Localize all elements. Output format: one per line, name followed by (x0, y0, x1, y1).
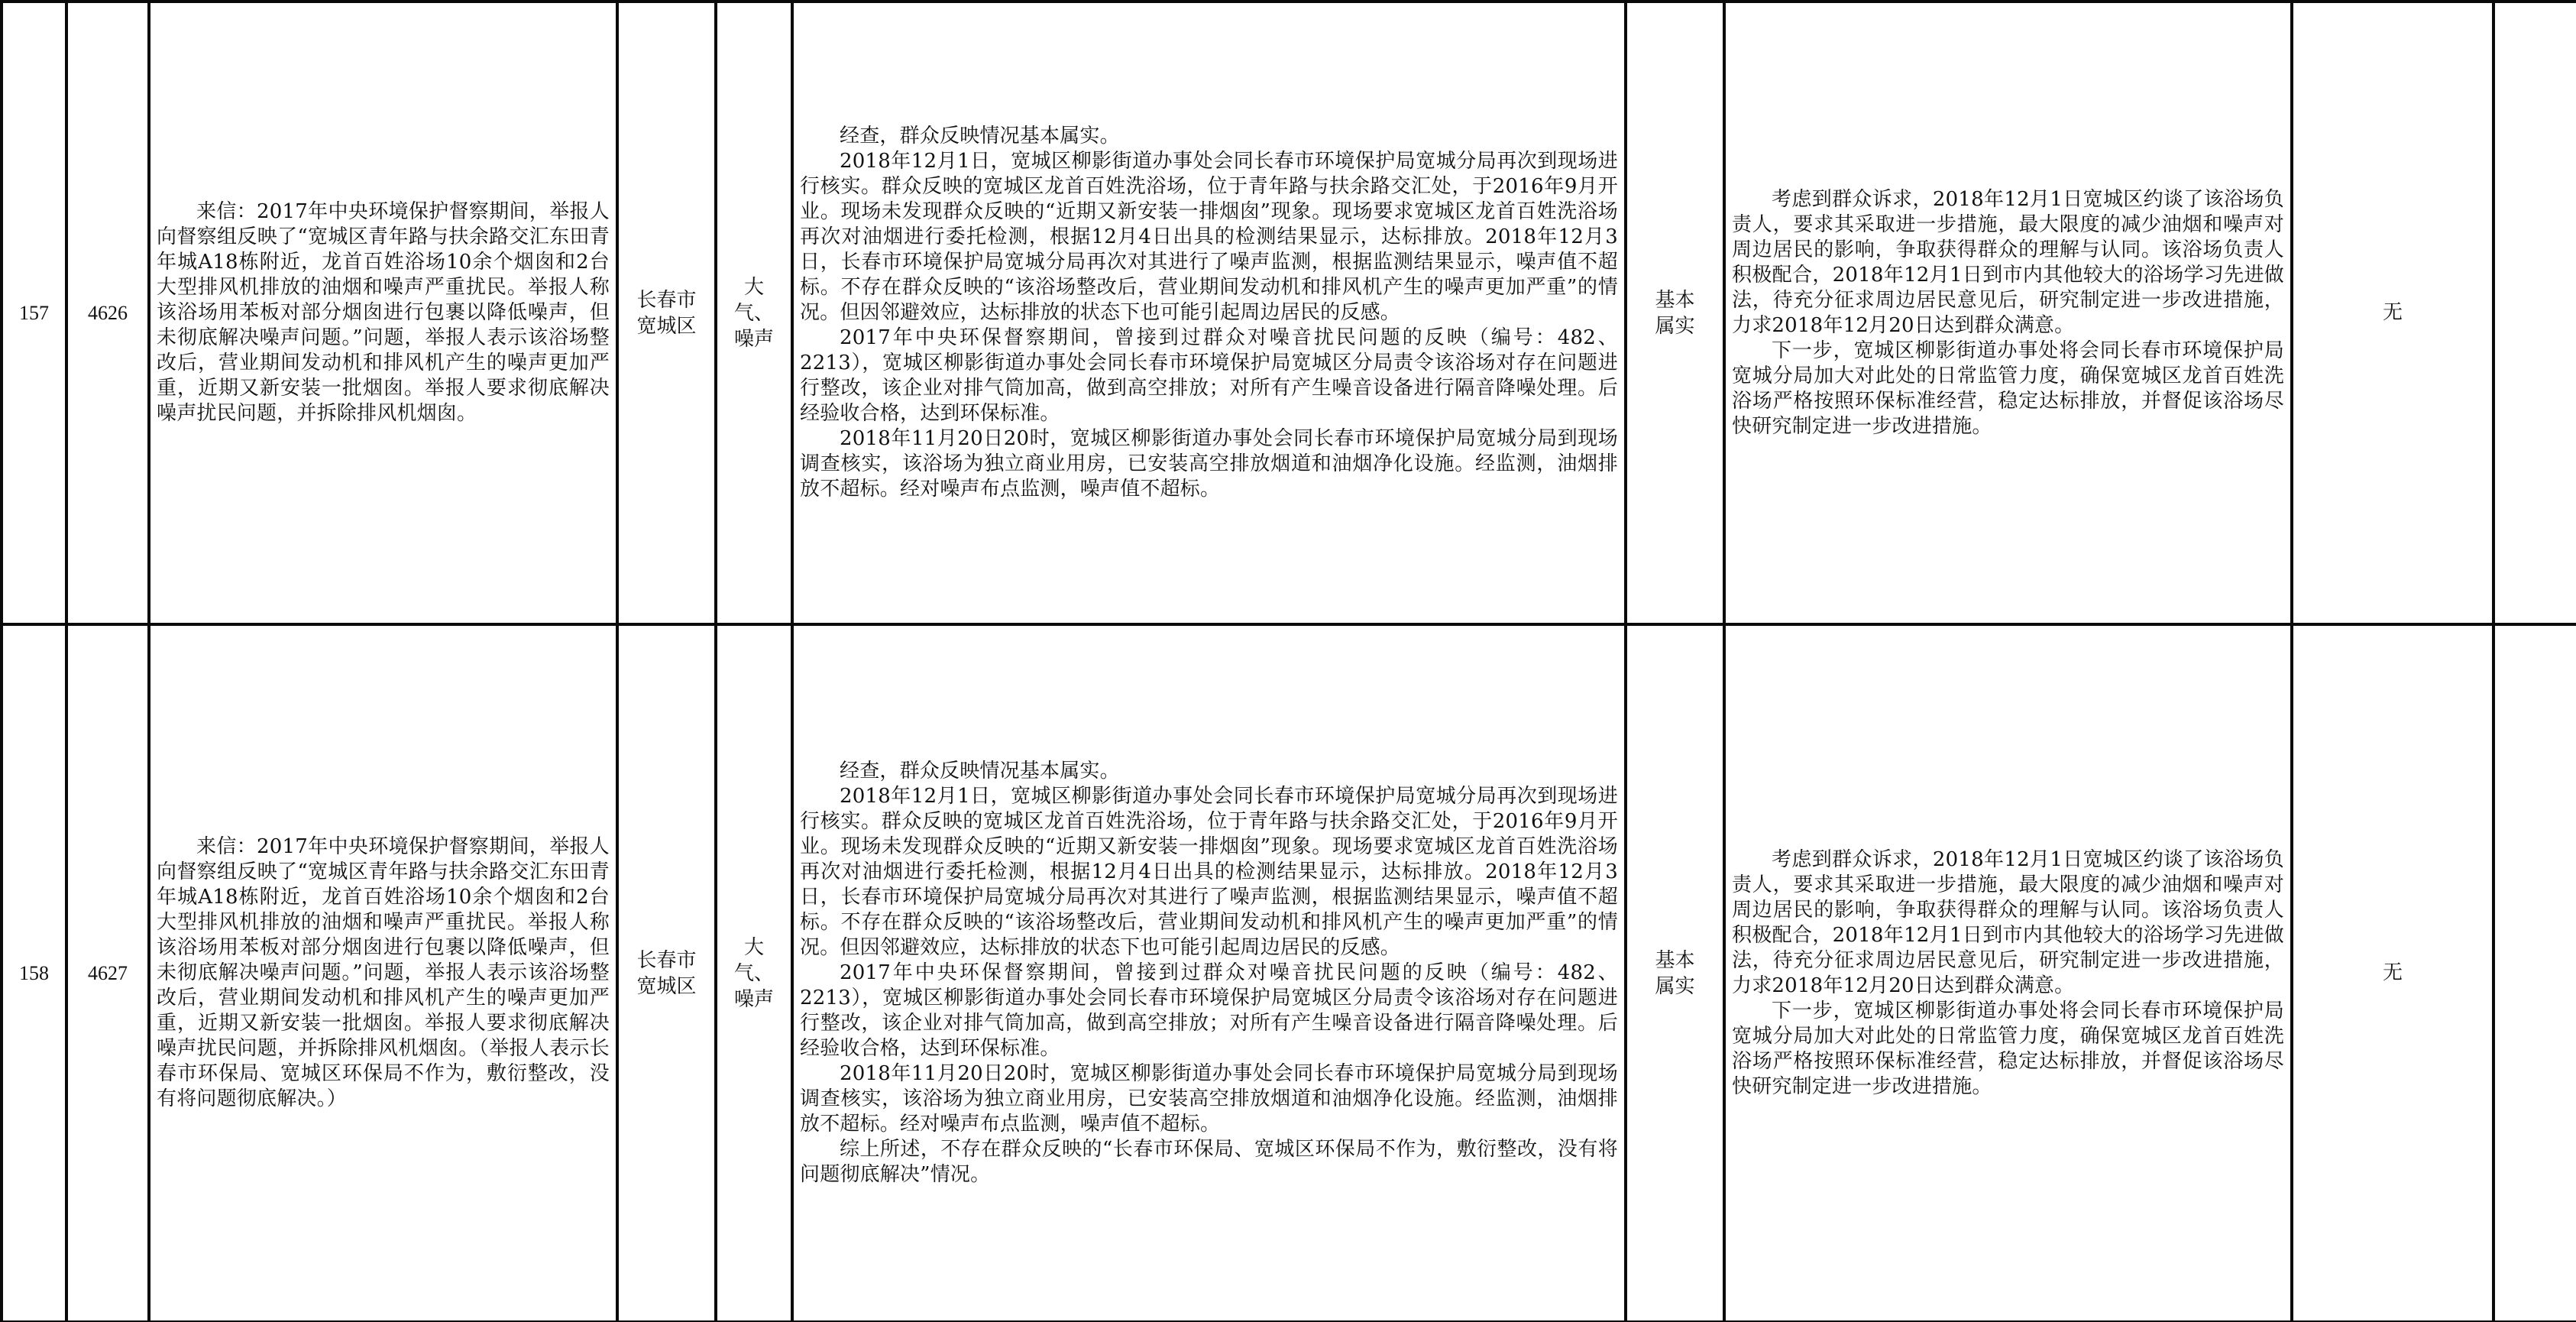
complaint-cell: 来信：2017年中央环境保护督察期间，举报人向督察组反映了“宽城区青年路与扶余路… (149, 624, 617, 1322)
investigation-paragraph: 2018年12月1日，宽城区柳影街道办事处会同长春市环境保护局宽城分局再次到现场… (800, 149, 1618, 326)
document-page: 157 4626 来信：2017年中央环境保护督察期间，举报人向督察组反映了“宽… (0, 0, 2576, 1322)
investigation-paragraph: 经查，群众反映情况基本属实。 (800, 124, 1618, 149)
verdict-cell: 基本属实 (1626, 624, 1724, 1322)
verdict-text: 基本属实 (1652, 287, 1698, 339)
accountability-cell: 无 (2292, 2, 2493, 624)
remark-cell (2493, 2, 2576, 624)
investigation-paragraph: 2018年11月20日20时，宽城区柳影街道办事处会同长春市环境保护局宽城分局到… (800, 1061, 1618, 1137)
seq-cell: 157 (2, 2, 66, 624)
handling-cell: 考虑到群众诉求，2018年12月1日宽城区约谈了该浴场负责人，要求其采取进一步措… (1724, 2, 2292, 624)
investigation-cell: 经查，群众反映情况基本属实。 2018年12月1日，宽城区柳影街道办事处会同长春… (792, 624, 1626, 1322)
investigation-paragraph: 2018年12月1日，宽城区柳影街道办事处会同长春市环境保护局宽城分局再次到现场… (800, 784, 1618, 961)
investigation-paragraph: 2017年中央环保督察期间，曾接到过群众对噪音扰民问题的反映（编号：482、22… (800, 961, 1618, 1061)
case-number-cell: 4627 (66, 624, 149, 1322)
verdict-cell: 基本属实 (1626, 2, 1724, 624)
pollution-type-text: 大气、噪声 (731, 935, 777, 1013)
accountability-cell: 无 (2292, 624, 2493, 1322)
handling-paragraph: 考虑到群众诉求，2018年12月1日宽城区约谈了该浴场负责人，要求其采取进一步措… (1732, 847, 2284, 999)
complaint-paragraph: 来信：2017年中央环境保护督察期间，举报人向督察组反映了“宽城区青年路与扶余路… (157, 834, 610, 1112)
table-row: 158 4627 来信：2017年中央环境保护督察期间，举报人向督察组反映了“宽… (2, 624, 2576, 1322)
district-cell: 长春市宽城区 (617, 624, 716, 1322)
pollution-type-cell: 大气、噪声 (716, 2, 792, 624)
handling-cell: 考虑到群众诉求，2018年12月1日宽城区约谈了该浴场负责人，要求其采取进一步措… (1724, 624, 2292, 1322)
remark-cell (2493, 624, 2576, 1322)
handling-paragraph: 下一步，宽城区柳影街道办事处将会同长春市环境保护局宽城分局加大对此处的日常监管力… (1732, 999, 2284, 1100)
pollution-type-text: 大气、噪声 (731, 274, 777, 352)
handling-paragraph: 下一步，宽城区柳影街道办事处将会同长春市环境保护局宽城分局加大对此处的日常监管力… (1732, 339, 2284, 439)
complaint-paragraph: 来信：2017年中央环境保护督察期间，举报人向督察组反映了“宽城区青年路与扶余路… (157, 199, 610, 426)
table-row: 157 4626 来信：2017年中央环境保护督察期间，举报人向督察组反映了“宽… (2, 2, 2576, 624)
seq-cell: 158 (2, 624, 66, 1322)
case-number-cell: 4626 (66, 2, 149, 624)
district-cell: 长春市宽城区 (617, 2, 716, 624)
investigation-paragraph: 2018年11月20日20时，宽城区柳影街道办事处会同长春市环境保护局宽城分局到… (800, 426, 1618, 502)
verdict-text: 基本属实 (1652, 948, 1698, 1000)
investigation-paragraph: 经查，群众反映情况基本属实。 (800, 759, 1618, 784)
complaint-cell: 来信：2017年中央环境保护督察期间，举报人向督察组反映了“宽城区青年路与扶余路… (149, 2, 617, 624)
case-table: 157 4626 来信：2017年中央环境保护督察期间，举报人向督察组反映了“宽… (0, 0, 2576, 1322)
investigation-paragraph: 2017年中央环保督察期间，曾接到过群众对噪音扰民问题的反映（编号：482、22… (800, 326, 1618, 426)
district-text: 长春市宽城区 (632, 948, 702, 1000)
investigation-cell: 经查，群众反映情况基本属实。 2018年12月1日，宽城区柳影街道办事处会同长春… (792, 2, 1626, 624)
pollution-type-cell: 大气、噪声 (716, 624, 792, 1322)
handling-paragraph: 考虑到群众诉求，2018年12月1日宽城区约谈了该浴场负责人，要求其采取进一步措… (1732, 187, 2284, 339)
district-text: 长春市宽城区 (632, 287, 702, 339)
investigation-paragraph: 综上所述，不存在群众反映的“长春市环保局、宽城区环保局不作为，敷衍整改，没有将问… (800, 1137, 1618, 1188)
